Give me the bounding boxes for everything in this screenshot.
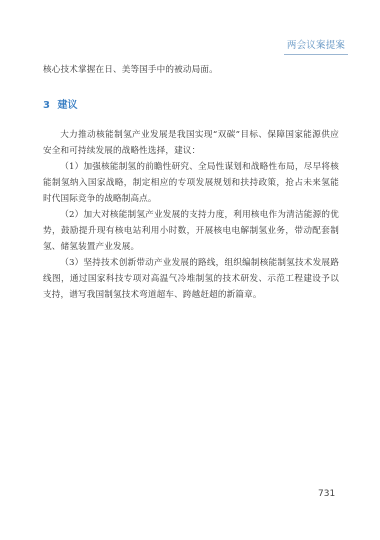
paragraph-recommendation-2: （2）加大对核能制氢产业发展的支持力度，利用核电作为清洁能源的优势，鼓励提升现有…: [43, 207, 339, 255]
section-number: 3: [43, 100, 50, 111]
continuation-text: 核心技术掌握在日、美等国手中的被动局面。: [43, 62, 339, 78]
running-header: 两会议案提案: [284, 37, 348, 55]
section-title: 建议: [57, 100, 77, 111]
continuation-paragraph: 核心技术掌握在日、美等国手中的被动局面。: [43, 62, 339, 78]
section-heading: 3 建议: [43, 96, 77, 111]
paragraph-recommendation-1: （1）加强核能制氢的前瞻性研究、全局性谋划和战略性布局，尽早将核能制氢纳入国家战…: [43, 159, 339, 207]
paragraph-intro: 大力推动核能制氢产业发展是我国实现“双碳”目标、保障国家能源供应安全和可持续发展…: [43, 127, 339, 159]
section-body: 大力推动核能制氢产业发展是我国实现“双碳”目标、保障国家能源供应安全和可持续发展…: [43, 127, 339, 303]
paragraph-recommendation-3: （3）坚持技术创新带动产业发展的路线，组织编制核能制氢技术发展路线图，通过国家科…: [43, 255, 339, 303]
page-number: 731: [318, 489, 335, 499]
